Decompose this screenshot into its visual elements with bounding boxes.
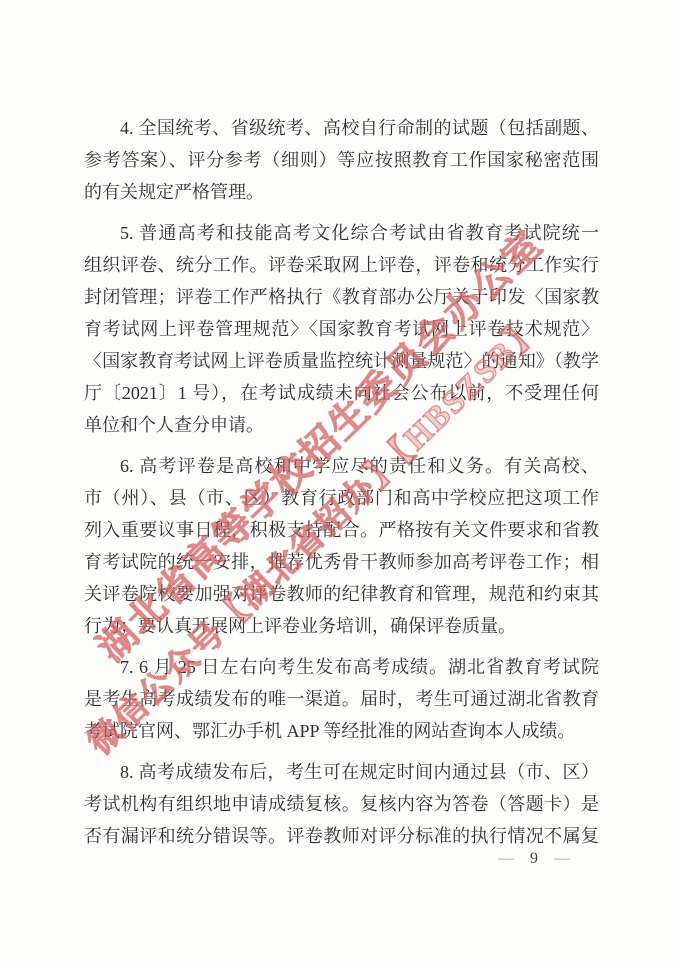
- text-line: 考试院官网、鄂汇办手机 APP 等经批准的网站查询本人成绩。: [84, 715, 599, 747]
- footer-dash-left: —: [498, 850, 516, 867]
- paragraph-item-4: 4. 全国统考、省级统考、高校自行命制的试题（包括副题、参考答案）、评分参考（细…: [84, 112, 599, 208]
- text-line: 是考生高考成绩发布的唯一渠道。届时，考生可通过湖北省教育: [84, 683, 599, 715]
- text-line: 单位和个人查分申请。: [84, 409, 599, 441]
- text-line: 组织评卷、统分工作。评卷采取网上评卷，评卷和统分工作实行: [84, 249, 599, 281]
- text-block: 4. 全国统考、省级统考、高校自行命制的试题（包括副题、参考答案）、评分参考（细…: [84, 112, 599, 852]
- paragraph-item-5: 5. 普通高考和技能高考文化综合考试由省教育考试院统一组织评卷、统分工作。评卷采…: [84, 217, 599, 441]
- text-line: 封闭管理；评卷工作严格执行《教育部办公厅关于印发〈国家教: [84, 281, 599, 313]
- document-page: 4. 全国统考、省级统考、高校自行命制的试题（包括副题、参考答案）、评分参考（细…: [0, 0, 680, 962]
- text-line: 行为；要认真开展网上评卷业务培训，确保评卷质量。: [84, 610, 599, 642]
- text-line: 4. 全国统考、省级统考、高校自行命制的试题（包括副题、: [84, 112, 599, 144]
- text-line: 〈国家教育考试网上评卷质量监控统计测量规范〉的通知》（教学: [84, 345, 599, 377]
- text-line: 育考试院的统一安排，推荐优秀骨干教师参加高考评卷工作；相: [84, 546, 599, 578]
- text-line: 关评卷院校要加强对评卷教师的纪律教育和管理，规范和约束其: [84, 578, 599, 610]
- text-line: 考试机构有组织地申请成绩复核。复核内容为答卷（答题卡）是: [84, 788, 599, 820]
- page-number: 9: [530, 850, 540, 867]
- page-footer: — 9 —: [490, 850, 580, 868]
- text-line: 否有漏评和统分错误等。评卷教师对评分标准的执行情况不属复: [84, 820, 599, 852]
- text-line: 5. 普通高考和技能高考文化综合考试由省教育考试院统一: [84, 217, 599, 249]
- text-line: 参考答案）、评分参考（细则）等应按照教育工作国家秘密范围: [84, 144, 599, 176]
- footer-dash-right: —: [554, 850, 572, 867]
- text-line: 市（州）、县（市、区）教育行政部门和高中学校应把这项工作: [84, 482, 599, 514]
- paragraph-item-8: 8. 高考成绩发布后，考生可在规定时间内通过县（市、区）考试机构有组织地申请成绩…: [84, 756, 599, 852]
- text-line: 的有关规定严格管理。: [84, 176, 599, 208]
- paragraph-item-7: 7. 6 月 25 日左右向考生发布高考成绩。湖北省教育考试院是考生高考成绩发布…: [84, 651, 599, 747]
- text-line: 育考试网上评卷管理规范〉〈国家教育考试网上评卷技术规范〉: [84, 313, 599, 345]
- text-line: 厅〔2021〕1 号），在考试成绩未向社会公布以前，不受理任何: [84, 377, 599, 409]
- text-line: 8. 高考成绩发布后，考生可在规定时间内通过县（市、区）: [84, 756, 599, 788]
- paragraph-item-6: 6. 高考评卷是高校和中学应尽的责任和义务。有关高校、市（州）、县（市、区）教育…: [84, 450, 599, 642]
- text-line: 列入重要议事日程，积极支持配合。严格按有关文件要求和省教: [84, 514, 599, 546]
- text-line: 6. 高考评卷是高校和中学应尽的责任和义务。有关高校、: [84, 450, 599, 482]
- text-line: 7. 6 月 25 日左右向考生发布高考成绩。湖北省教育考试院: [84, 651, 599, 683]
